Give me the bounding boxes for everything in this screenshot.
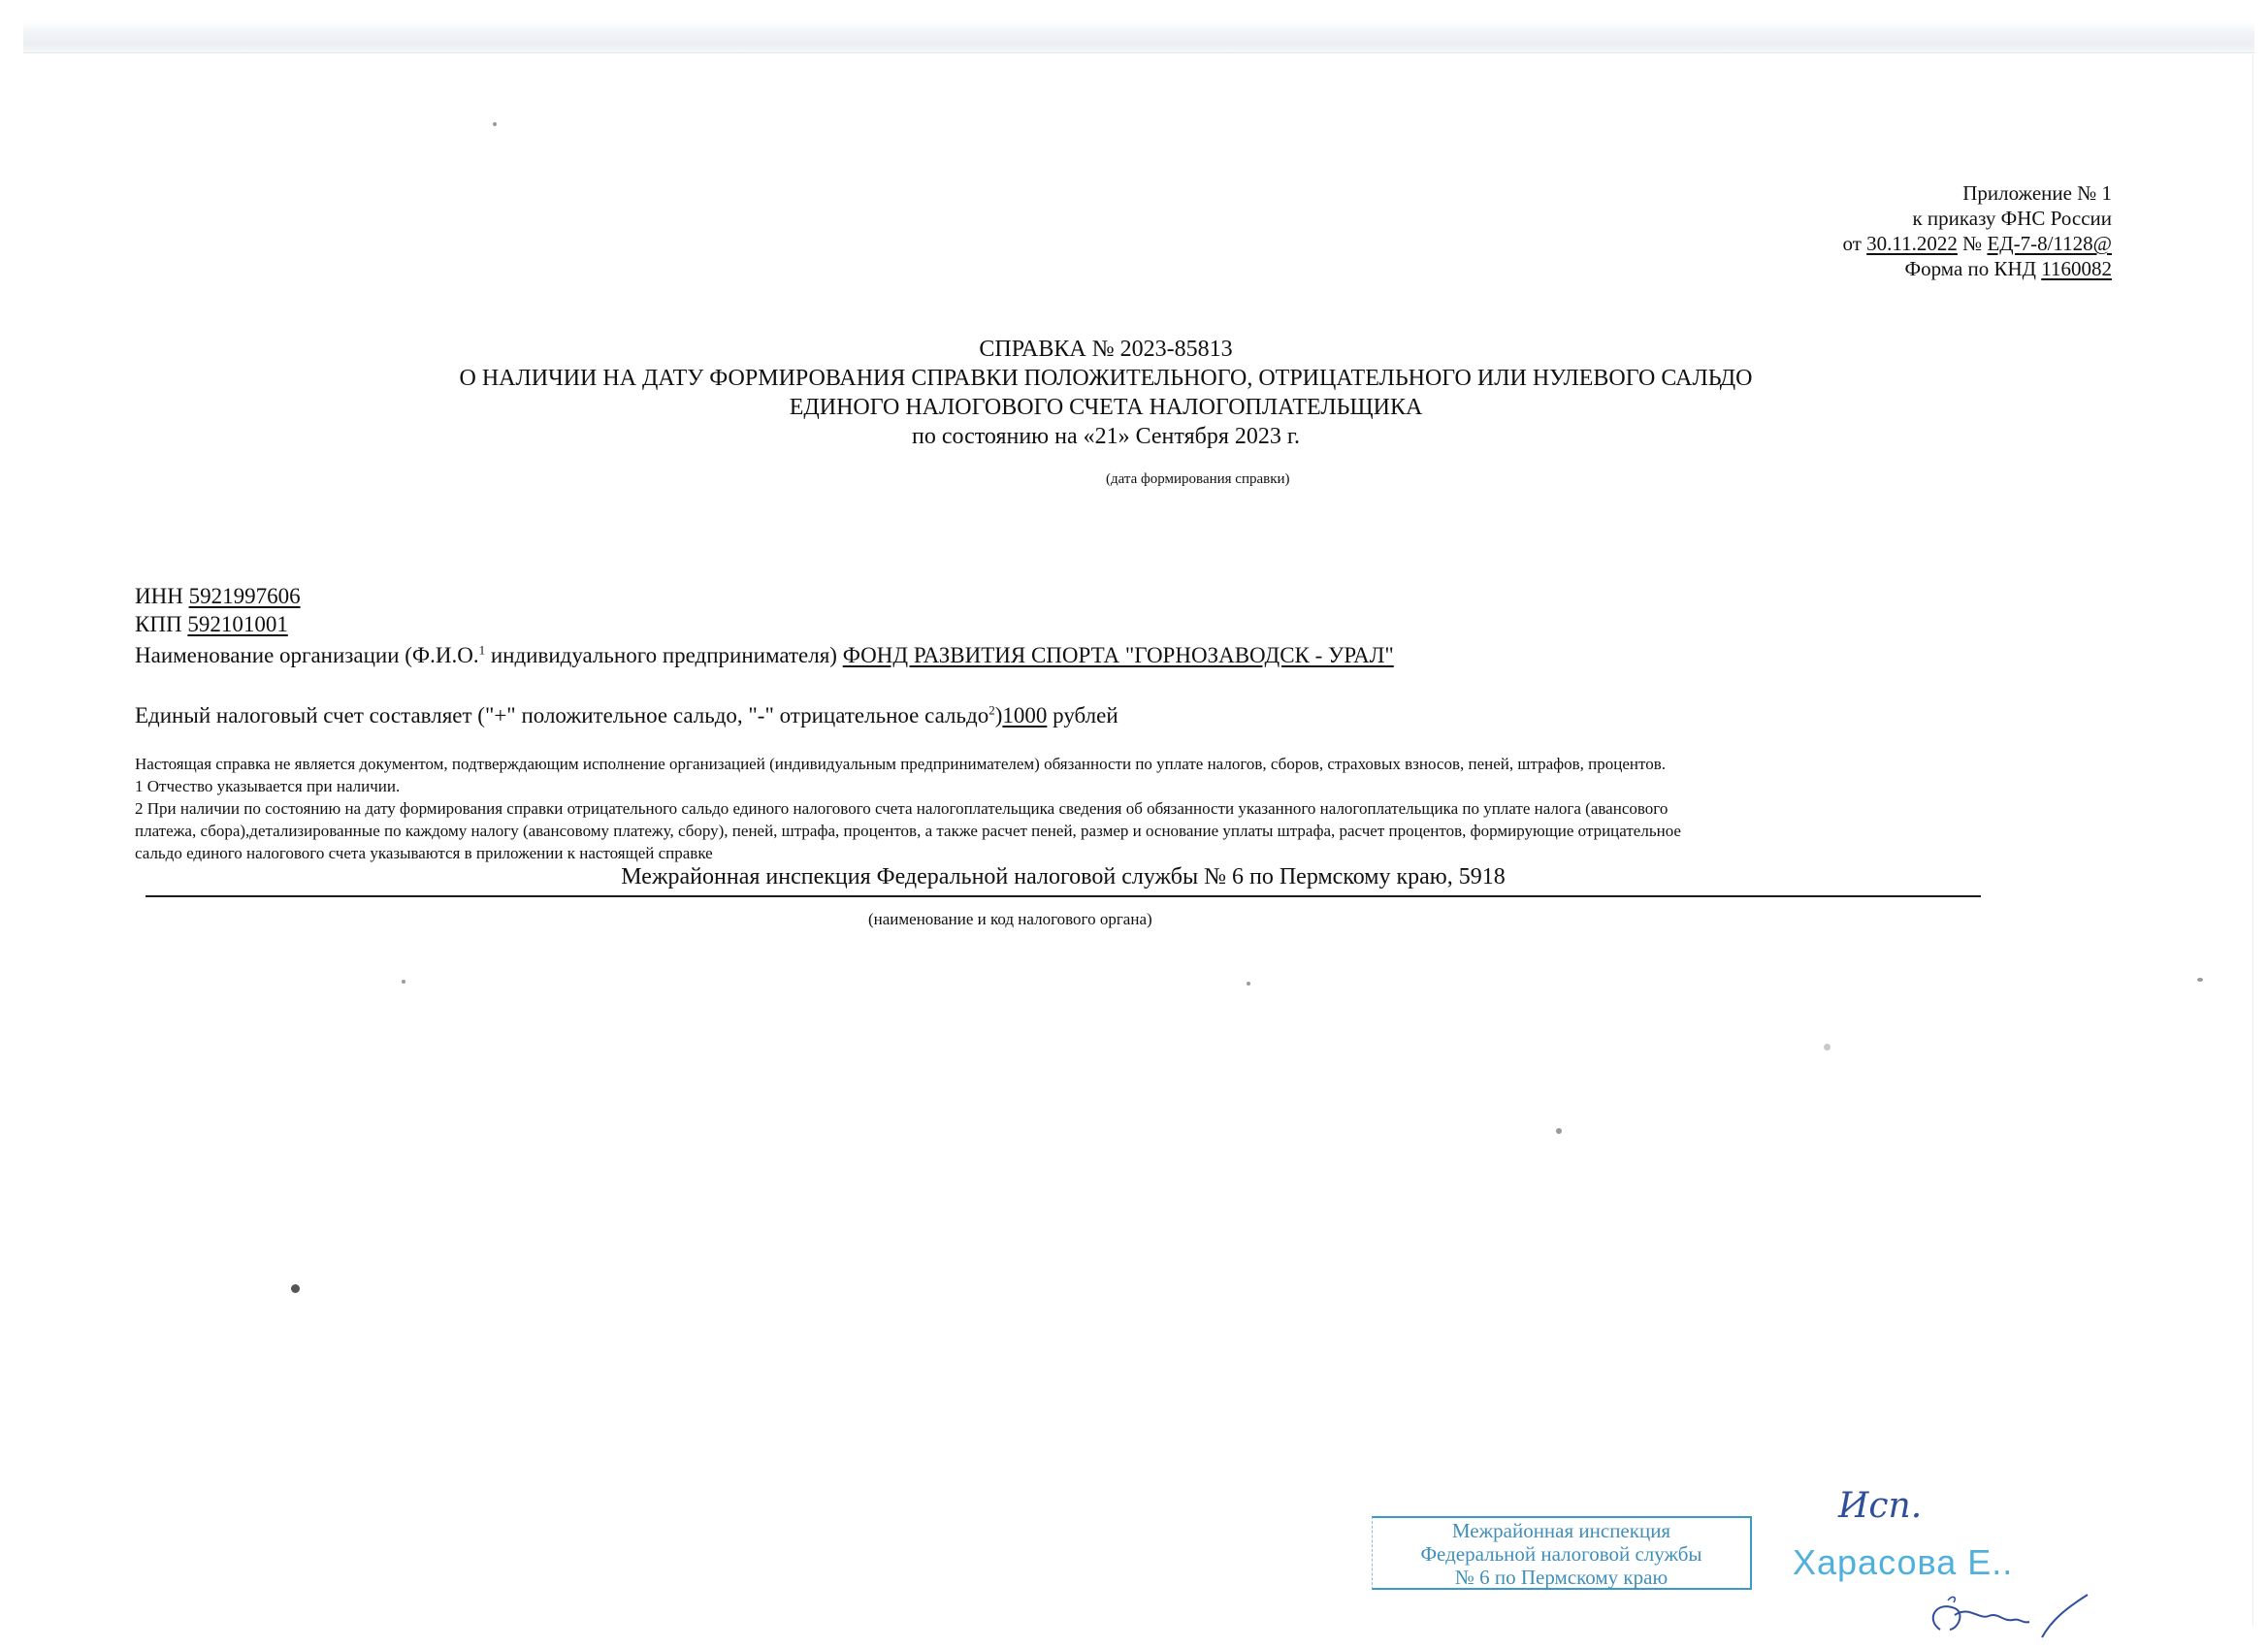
appendix-header: Приложение № 1 к приказу ФНС России от 3… xyxy=(1843,180,2112,281)
organization-name: ФОНД РАЗВИТИЯ СПОРТА "ГОРНОЗАВОДСК - УРА… xyxy=(843,643,1394,667)
appendix-line1: Приложение № 1 xyxy=(1843,180,2112,206)
organization-name-field: Наименование организации (Ф.И.О.1 индиви… xyxy=(135,642,1394,669)
scan-speck xyxy=(2197,978,2203,982)
as-of-date: по состоянию на «21» Сентября 2023 г. xyxy=(0,422,2212,451)
balance-amount: 1000 xyxy=(1002,703,1047,727)
inn-field: ИНН 5921997606 xyxy=(135,583,301,610)
appendix-order-line: от 30.11.2022 № ЕД-7-8/1128@ xyxy=(1843,231,2112,256)
kpp-field: КПП 592101001 xyxy=(135,611,288,638)
tax-authority-caption: (наименование и код налогового органа) xyxy=(868,910,1152,929)
scan-speck xyxy=(291,1284,300,1293)
footnote-2-line2: платежа, сбора),детализированные по кажд… xyxy=(135,820,2017,842)
appendix-form-line: Форма по КНД 1160082 xyxy=(1843,256,2112,281)
scan-right-edge xyxy=(2252,54,2253,1626)
form-knd: 1160082 xyxy=(2041,257,2112,280)
scan-edge-strip xyxy=(23,21,2254,53)
date-caption: (дата формирования справки) xyxy=(1106,471,1290,488)
scan-speck xyxy=(1247,982,1250,986)
scan-speck xyxy=(402,980,405,984)
footnote-2-line1: 2 При наличии по состоянию на дату форми… xyxy=(135,797,2017,820)
footnote-1: 1 Отчество указывается при наличии. xyxy=(135,775,2017,797)
inn-value: 5921997606 xyxy=(189,584,301,608)
signature-icon xyxy=(1921,1591,2095,1644)
balance-field: Единый налоговый счет составляет ("+" по… xyxy=(135,702,1118,729)
order-date: 30.11.2022 xyxy=(1866,232,1958,255)
appendix-line2: к приказу ФНС России xyxy=(1843,206,2112,231)
scan-speck xyxy=(1556,1128,1562,1134)
scan-speck xyxy=(493,122,497,126)
authority-underline xyxy=(146,895,1981,897)
notes-section: Настоящая справка не является документом… xyxy=(135,753,2017,864)
inspection-stamp: Межрайонная инспекция Федеральной налого… xyxy=(1372,1516,1752,1590)
tax-authority-name: Межрайонная инспекция Федеральной налого… xyxy=(146,862,1981,891)
disclaimer: Настоящая справка не является документом… xyxy=(135,753,2017,775)
title-line2: О НАЛИЧИИ НА ДАТУ ФОРМИРОВАНИЯ СПРАВКИ П… xyxy=(0,364,2212,393)
scan-speck xyxy=(1824,1044,1831,1051)
title-line3: ЕДИНОГО НАЛОГОВОГО СЧЕТА НАЛОГОПЛАТЕЛЬЩИ… xyxy=(0,393,2212,422)
footnote-2-line3: сальдо единого налогового счета указываю… xyxy=(135,842,2017,864)
executor-label: Исп. xyxy=(1838,1486,1922,1526)
kpp-value: 592101001 xyxy=(187,612,288,636)
executor-name: Харасова Е.. xyxy=(1793,1542,2013,1583)
certificate-number: СПРАВКА № 2023-85813 xyxy=(0,335,2212,364)
order-number: ЕД-7-8/1128@ xyxy=(1987,232,2112,255)
document-title: СПРАВКА № 2023-85813 О НАЛИЧИИ НА ДАТУ Ф… xyxy=(0,335,2212,451)
